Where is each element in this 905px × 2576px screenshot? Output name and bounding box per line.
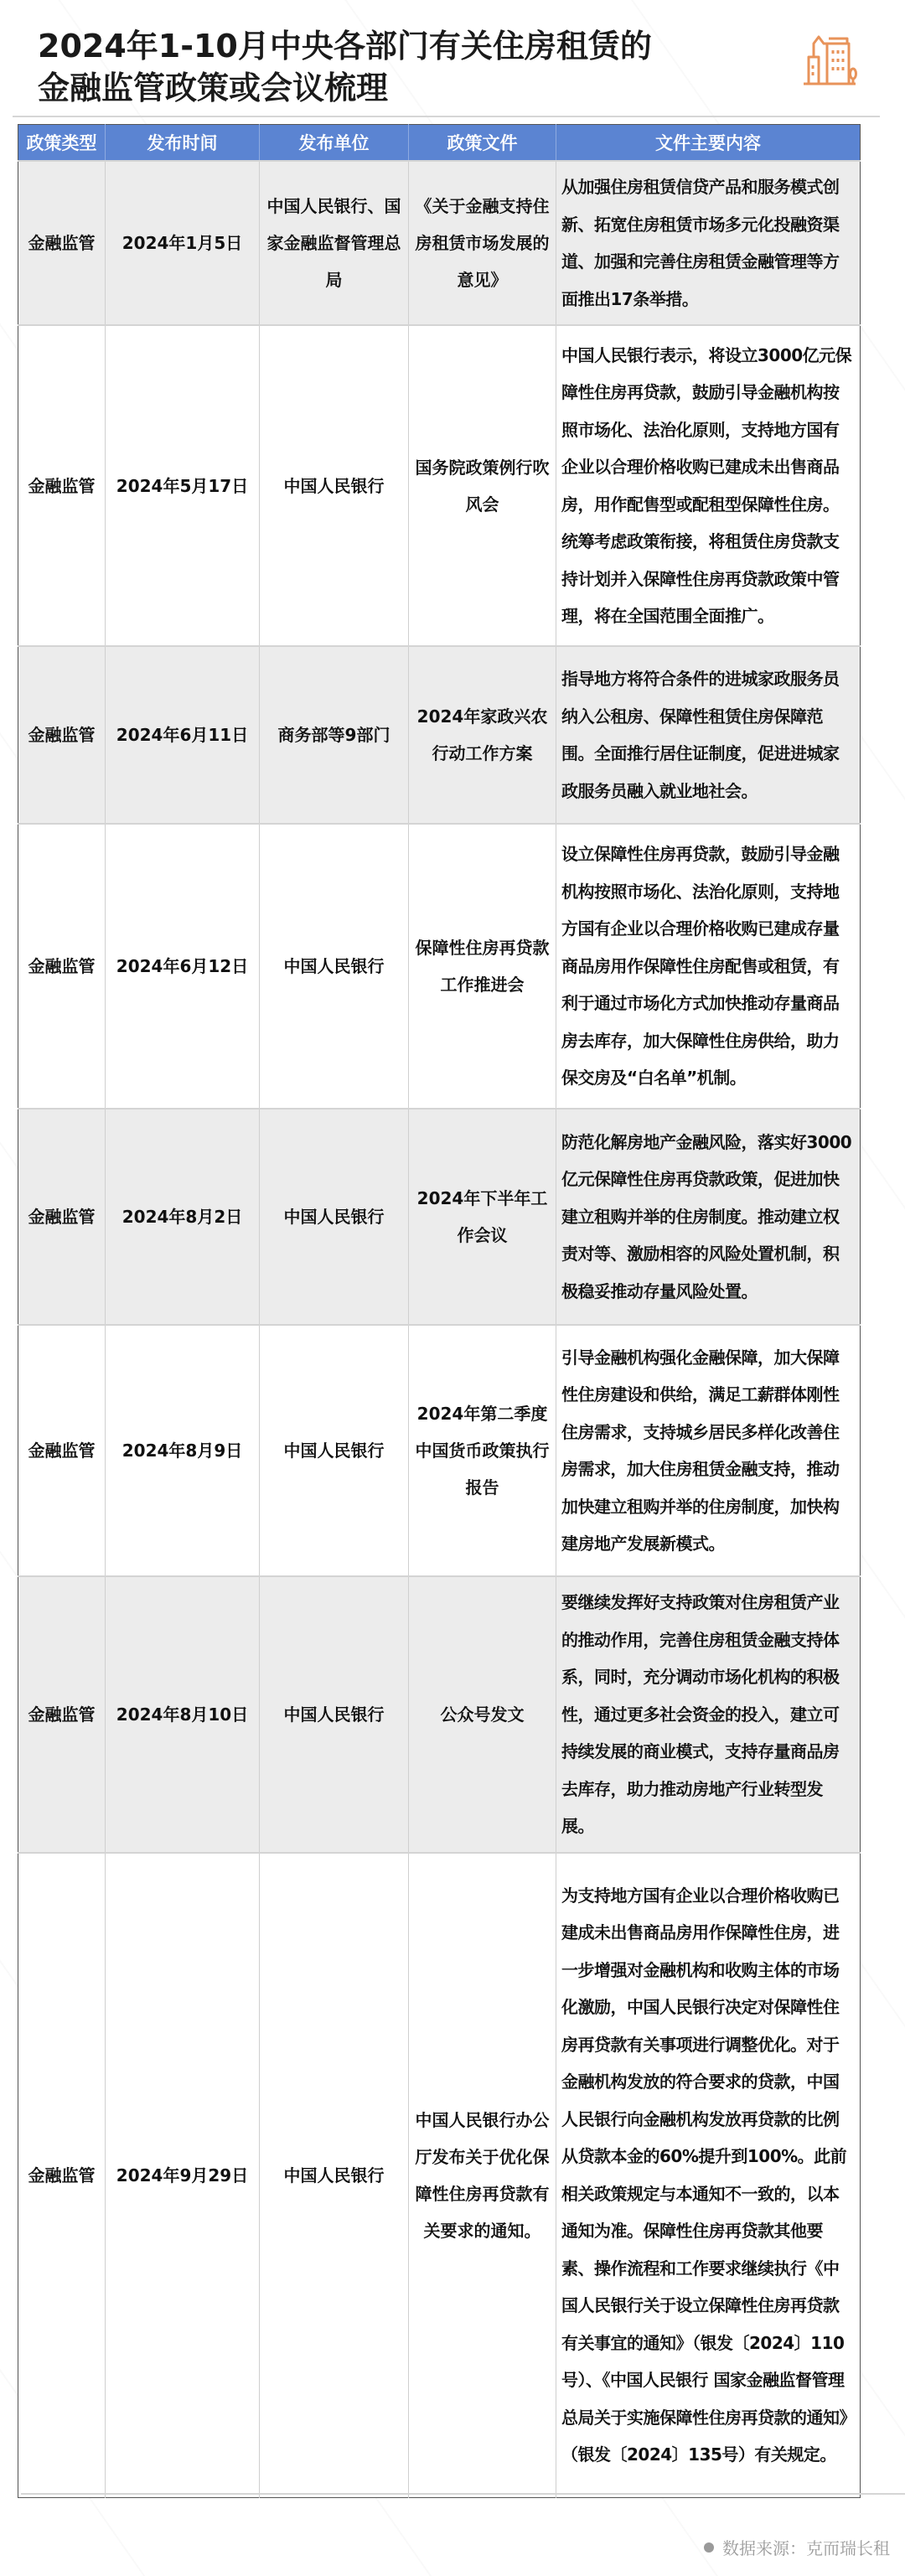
cell-document: 2024年第二季度中国货币政策执行报告 [409,1325,556,1576]
table-row: 金融监管 2024年1月5日 中国人民银行、国家金融监督管理总局 《关于金融支持… [18,161,861,325]
title-line-2: 金融监管政策或会议梳理 [38,67,758,109]
column-header-issuer: 发布单位 [260,125,409,162]
cell-type: 金融监管 [18,1325,106,1576]
table-row: 金融监管 2024年6月12日 中国人民银行 保障性住房再贷款工作推进会 设立保… [18,824,861,1109]
cell-date: 2024年9月29日 [106,1853,260,2498]
cell-document: 《关于金融支持住房租赁市场发展的意见》 [409,161,556,325]
cell-issuer: 中国人民银行 [260,1325,409,1576]
cell-content: 为支持地方国有企业以合理价格收购已建成未出售商品房用作保障性住房，进一步增强对金… [556,1853,861,2498]
cell-issuer: 中国人民银行 [260,824,409,1109]
cell-type: 金融监管 [18,646,106,824]
cell-type: 金融监管 [18,824,106,1109]
divider [13,116,880,117]
table-row: 金融监管 2024年8月9日 中国人民银行 2024年第二季度中国货币政策执行报… [18,1325,861,1576]
bullet-dot-icon [704,2542,714,2553]
cell-document: 国务院政策例行吹风会 [409,325,556,646]
cell-date: 2024年8月9日 [106,1325,260,1576]
cell-date: 2024年6月11日 [106,646,260,824]
cell-issuer: 中国人民银行 [260,325,409,646]
cell-issuer: 中国人民银行 [260,1576,409,1853]
cell-document: 2024年下半年工作会议 [409,1109,556,1325]
cell-content: 中国人民银行表示，将设立3000亿元保障性住房再贷款，鼓励引导金融机构按照市场化… [556,325,861,646]
cell-content: 设立保障性住房再贷款，鼓励引导金融机构按照市场化、法治化原则，支持地方国有企业以… [556,824,861,1109]
cell-type: 金融监管 [18,161,106,325]
table-row: 金融监管 2024年9月29日 中国人民银行 中国人民银行办公厅发布关于优化保障… [18,1853,861,2498]
cell-content: 从加强住房租赁信贷产品和服务模式创新、拓宽住房租赁市场多元化投融资渠道、加强和完… [556,161,861,325]
table-row: 金融监管 2024年8月2日 中国人民银行 2024年下半年工作会议 防范化解房… [18,1109,861,1325]
cell-date: 2024年8月2日 [106,1109,260,1325]
table-row: 金融监管 2024年5月17日 中国人民银行 国务院政策例行吹风会 中国人民银行… [18,325,861,646]
cell-type: 金融监管 [18,325,106,646]
column-header-document: 政策文件 [409,125,556,162]
cell-issuer: 中国人民银行 [260,1853,409,2498]
cell-date: 2024年6月12日 [106,824,260,1109]
title-line-1: 2024年1-10月中央各部门有关住房租赁的 [38,25,758,67]
table-header-row: 政策类型 发布时间 发布单位 政策文件 文件主要内容 [18,125,861,162]
column-header-date: 发布时间 [106,125,260,162]
cell-date: 2024年1月5日 [106,161,260,325]
cell-date: 2024年8月10日 [106,1576,260,1853]
cell-type: 金融监管 [18,1576,106,1853]
divider [21,2493,905,2495]
cell-document: 公众号发文 [409,1576,556,1853]
cell-document: 保障性住房再贷款工作推进会 [409,824,556,1109]
column-header-type: 政策类型 [18,125,106,162]
cell-document: 中国人民银行办公厅发布关于优化保障性住房再贷款有关要求的通知。 [409,1853,556,2498]
column-header-content: 文件主要内容 [556,125,861,162]
cell-issuer: 中国人民银行、国家金融监督管理总局 [260,161,409,325]
cell-content: 要继续发挥好支持政策对住房租赁产业的推动作用，完善住房租赁金融支持体系，同时，充… [556,1576,861,1853]
cell-content: 引导金融机构强化金融保障，加大保障性住房建设和供给，满足工薪群体刚性住房需求，支… [556,1325,861,1576]
cell-content: 防范化解房地产金融风险，落实好3000亿元保障性住房再贷款政策，促进加快建立租购… [556,1109,861,1325]
cell-content: 指导地方将符合条件的进城家政服务员纳入公租房、保障性租赁住房保障范围。全面推行居… [556,646,861,824]
cell-issuer: 中国人民银行 [260,1109,409,1325]
table-row: 金融监管 2024年8月10日 中国人民银行 公众号发文 要继续发挥好支持政策对… [18,1576,861,1853]
cell-issuer: 商务部等9部门 [260,646,409,824]
cell-date: 2024年5月17日 [106,325,260,646]
city-buildings-icon [800,25,859,92]
page-title: 2024年1-10月中央各部门有关住房租赁的 金融监管政策或会议梳理 [38,25,758,109]
policy-table: 政策类型 发布时间 发布单位 政策文件 文件主要内容 金融监管 2024年1月5… [18,124,861,2498]
cell-document: 2024年家政兴农行动工作方案 [409,646,556,824]
table-row: 金融监管 2024年6月11日 商务部等9部门 2024年家政兴农行动工作方案 … [18,646,861,824]
data-source-label: 数据来源：克而瑞长租 [722,2535,890,2559]
data-source: 数据来源：克而瑞长租 [704,2535,890,2559]
cell-type: 金融监管 [18,1109,106,1325]
cell-type: 金融监管 [18,1853,106,2498]
